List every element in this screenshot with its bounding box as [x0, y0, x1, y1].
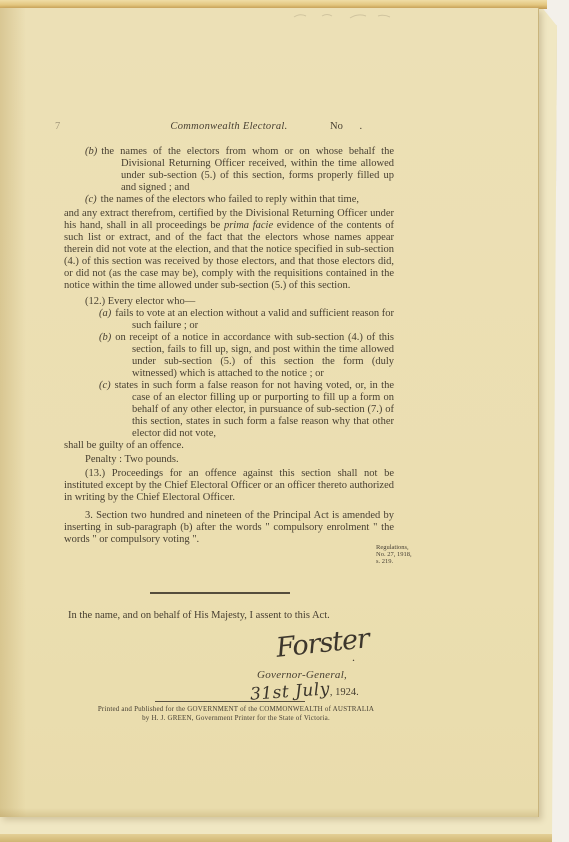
- clause-12c: (c)states in such form a false reason fo…: [64, 380, 394, 440]
- clause-label: (c): [85, 194, 101, 205]
- imprint-line: Printed and Published for the GOVERNMENT…: [60, 705, 412, 714]
- assent-statement: In the name, and on behalf of His Majest…: [68, 610, 373, 621]
- imprint-rule: [155, 701, 305, 702]
- printed-year: , 1924.: [330, 687, 359, 698]
- subsection-12-heading: (12.) Every elector who—: [64, 296, 394, 308]
- clause-text: fails to vote at an election without a v…: [115, 308, 394, 331]
- margin-note: Regulations, No. 27, 1918, s. 219.: [376, 544, 426, 565]
- margin-note-line: s. 219.: [376, 558, 426, 565]
- running-title: Commonwealth Electoral.: [170, 121, 287, 132]
- signature-period: .: [352, 650, 355, 665]
- clause-label: (a): [99, 308, 115, 319]
- clause-11b: (b)the names of the electors from whom o…: [64, 146, 394, 194]
- penalty-line: Penalty : Two pounds.: [64, 454, 394, 466]
- page-bottom-edge: [0, 834, 552, 842]
- latin-phrase: prima facie: [224, 220, 273, 231]
- clause-label: (c): [99, 380, 115, 391]
- margin-note-line: Regulations,: [376, 544, 426, 551]
- pencil-marks: [292, 10, 402, 22]
- clause-11c: (c)the names of the electors who failed …: [64, 194, 394, 206]
- subsection-13: (13.) Proceedings for an offence against…: [64, 468, 394, 504]
- clause-label: (b): [85, 146, 101, 157]
- printer-imprint: Printed and Published for the GOVERNMENT…: [60, 705, 412, 722]
- running-header: 7 Commonwealth Electoral. No .: [64, 121, 394, 134]
- clause-text: states in such form a false reason for n…: [115, 380, 394, 439]
- margin-note-line: No. 27, 1918,: [376, 551, 426, 558]
- clause-text: the names of the electors from whom or o…: [101, 146, 394, 193]
- clause-text: the names of the electors who failed to …: [101, 194, 359, 205]
- imprint-line: by H. J. GREEN, Government Printer for t…: [60, 714, 412, 723]
- document-body: 7 Commonwealth Electoral. No . (b)the na…: [64, 121, 394, 546]
- clause-12a: (a)fails to vote at an election without …: [64, 308, 394, 332]
- clause-12b: (b)on receipt of a notice in accordance …: [64, 332, 394, 380]
- pencil-page-number: 7: [55, 121, 60, 133]
- scanned-document: 7 Commonwealth Electoral. No . (b)the na…: [0, 0, 569, 842]
- clause-text: on receipt of a notice in accordance wit…: [115, 332, 394, 379]
- clause-label: (b): [99, 332, 115, 343]
- separator-rule: [150, 592, 290, 594]
- section-3: 3. Section two hundred and nineteen of t…: [64, 510, 394, 546]
- paragraph-extract: and any extract therefrom, certified by …: [64, 208, 394, 292]
- act-number-label: No .: [330, 121, 362, 133]
- offence-clause: shall be guilty of an offence.: [64, 440, 394, 452]
- signature-title: Governor-General,: [257, 669, 347, 681]
- assent-date: 31st July, 1924.: [250, 682, 359, 702]
